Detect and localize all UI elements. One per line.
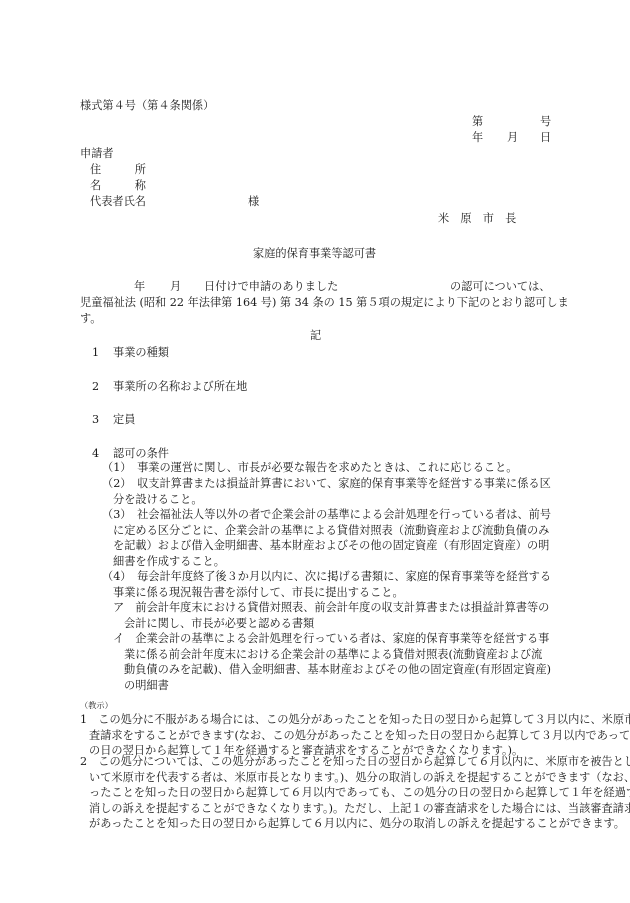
condition-3: （3） 社会福祉法人等以外の者で企業会計の基準による会計処理を行っている者は、前… (102, 507, 551, 569)
condition-3-line: （3） 社会福祉法人等以外の者で企業会計の基準による会計処理を行っている者は、前… (102, 507, 551, 523)
notice-heading: （教示） (80, 698, 113, 712)
condition-3-line: に定める区分ごとに、企業会計の基準による貸借対照表（流動資産および流動負債のみ (102, 523, 551, 539)
date-year: 年 (472, 130, 483, 145)
condition-4-i: イ 企業会計の基準による会計処理を行っている者は、家庭的保育事業等を経営する事 … (113, 631, 551, 693)
notice-2-line: 消しの訴えを提起することができなくなります。)。ただし、上記１の審査請求をした場… (80, 801, 630, 817)
intro-month: 月 (170, 279, 181, 294)
date-month: 月 (507, 130, 518, 145)
intro-end: の認可については、 (450, 279, 550, 294)
notice-2-line: 2 この処分については、この処分があったことを知った日の翌日から起算して６月以内… (80, 754, 630, 770)
condition-4-i-line: 業に係る前会計年度末における企業会計の基準による貸借対照表(流動資産および流 (113, 647, 551, 663)
condition-1: （1） 事業の運営に関し、市長が必要な報告を求めたときは、これに応じること。 (102, 460, 517, 475)
condition-4-a: ア 前会計年度末における貸借対照表、前会計年度の収支計算書または損益計算書等の … (113, 600, 549, 631)
condition-4: （4） 毎会計年度終了後３か月以内に、次に掲げる書類に、家庭的保育事業等を経営す… (102, 569, 551, 600)
condition-4-a-line: ア 前会計年度末における貸借対照表、前会計年度の収支計算書または損益計算書等の (113, 600, 549, 616)
item-4-num: 4 (92, 446, 99, 461)
notice-1-line: 査請求をすることができます(なお、この処分があったことを知った日の翌日から起算し… (80, 728, 630, 744)
condition-2-line: （2） 収支計算書または損益計算書において、家庭的保育事業等を経営する事業に係る… (102, 476, 551, 492)
doc-number-prefix: 第 (472, 114, 483, 129)
representative-label: 代表者氏名 (90, 194, 146, 209)
notice-2-line: いて米原市を代表する者は、米原市長となります。)、処分の取消しの訴えを提起するこ… (80, 770, 630, 786)
name-label: 名 称 (90, 178, 146, 193)
intro-text: 日付けで申請のありました (204, 279, 338, 294)
notice-1: 1 この処分に不服がある場合には、この処分があったことを知った日の翌日から起算し… (80, 712, 630, 759)
doc-number-suffix: 号 (540, 114, 551, 129)
condition-4-line: 事業に係る現況報告書を添付して、市長に提出すること。 (102, 585, 551, 601)
date-day: 日 (540, 130, 551, 145)
ki-heading: 記 (310, 328, 321, 343)
item-2-label: 事業所の名称および所在地 (113, 379, 247, 394)
item-3-num: 3 (92, 412, 99, 427)
notice-2-line: ったことを知った日の翌日から起算して６月以内であっても、この処分の日の翌日から起… (80, 785, 630, 801)
condition-4-line: （4） 毎会計年度終了後３か月以内に、次に掲げる書類に、家庭的保育事業等を経営す… (102, 569, 551, 585)
applicant-label: 申請者 (80, 146, 114, 161)
notice-1-line: 1 この処分に不服がある場合には、この処分があったことを知った日の翌日から起算し… (80, 712, 630, 728)
issuer: 米 原 市 長 (438, 211, 516, 226)
condition-2: （2） 収支計算書または損益計算書において、家庭的保育事業等を経営する事業に係る… (102, 476, 551, 507)
intro-line2: 児童福祉法 (昭和 22 年法律第 164 号) 第 34 条の 15 第５項の… (80, 295, 569, 310)
honorific: 様 (248, 194, 259, 209)
intro-line3: す。 (80, 311, 101, 326)
address-label: 住 所 (90, 162, 146, 177)
notice-2-line: があったことを知った日の翌日から起算して６月以内に、処分の取消しの訴えを提起する… (80, 816, 630, 832)
item-4-label: 認可の条件 (113, 446, 169, 461)
condition-3-line: 細書を作成すること。 (102, 554, 551, 570)
condition-4-i-line: 動負債のみを記載)、借入金明細書、基本財産およびその他の固定資産(有形固定資産) (113, 662, 551, 678)
condition-3-line: を記載）および借入金明細書、基本財産およびその他の固定資産（有形固定資産）の明 (102, 538, 551, 554)
document-page: 様式第４号（第４条関係） 第 号 年 月 日 申請者 住 所 名 称 代表者氏名… (0, 0, 630, 903)
condition-4-i-line: の明細書 (113, 678, 551, 694)
condition-2-line: 分を設けること。 (102, 492, 551, 508)
item-2-num: 2 (92, 379, 99, 394)
condition-4-a-line: 会計に関し、市長が必要と認める書類 (113, 616, 549, 632)
document-title: 家庭的保育事業等認可書 (253, 246, 376, 261)
condition-4-i-line: イ 企業会計の基準による会計処理を行っている者は、家庭的保育事業等を経営する事 (113, 631, 551, 647)
item-3-label: 定員 (113, 412, 135, 427)
form-number: 様式第４号（第４条関係） (80, 98, 214, 113)
notice-2: 2 この処分については、この処分があったことを知った日の翌日から起算して６月以内… (80, 754, 630, 832)
item-1-num: 1 (92, 345, 99, 360)
intro-year: 年 (134, 279, 145, 294)
item-1-label: 事業の種類 (113, 345, 169, 360)
